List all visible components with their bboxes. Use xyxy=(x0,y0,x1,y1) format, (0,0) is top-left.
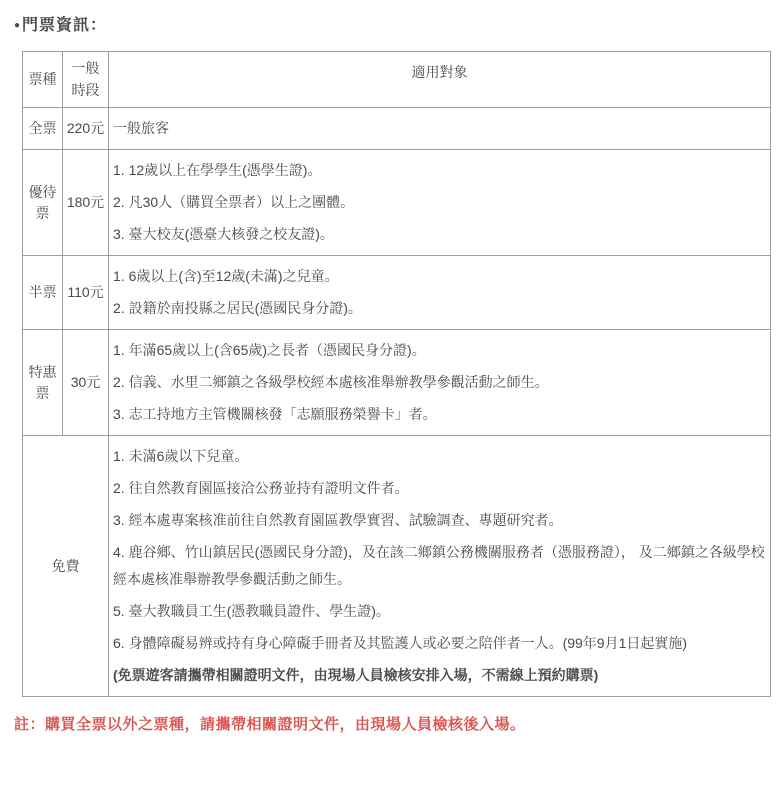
ticket-type-cell: 特惠票 xyxy=(23,330,63,436)
ticket-target-item: 4. 鹿谷鄉、竹山鎮居民(憑國民身分證)，及在該二鄉鎮公務機關服務者（憑服務證）… xyxy=(113,539,766,593)
free-ticket-bold-note: (免票遊客請攜帶相關證明文件，由現場人員檢核安排入場，不需線上預約購票) xyxy=(113,662,766,689)
bullet-icon: ● xyxy=(14,20,21,31)
column-header-target: 適用對象 xyxy=(109,52,771,108)
ticket-price-cell: 30元 xyxy=(63,330,109,436)
ticket-target-cell: 1. 6歲以上(含)至12歲(未滿)之兒童。2. 設籍於南投縣之居民(憑國民身分… xyxy=(109,256,771,330)
ticket-price-cell: 180元 xyxy=(63,150,109,256)
ticket-row: 特惠票30元1. 年滿65歲以上(含65歲)之長者（憑國民身分證)。2. 信義、… xyxy=(23,330,771,436)
ticket-target-cell: 1. 12歲以上在學學生(憑學生證)。2. 凡30人（購買全票者）以上之團體。3… xyxy=(109,150,771,256)
ticket-price-cell: 110元 xyxy=(63,256,109,330)
ticket-type-cell: 免費 xyxy=(23,436,109,697)
ticket-target-item: 2. 設籍於南投縣之居民(憑國民身分證)。 xyxy=(113,295,766,322)
page-title-text: 門票資訊： xyxy=(22,17,107,34)
ticket-target-item: 1. 未滿6歲以下兒童。 xyxy=(113,443,766,470)
footer-note: 註：購買全票以外之票種，請攜帶相關證明文件，由現場人員檢核後入場。 xyxy=(14,713,770,734)
page-title: ●門票資訊： xyxy=(14,12,770,35)
ticket-row: 半票110元1. 6歲以上(含)至12歲(未滿)之兒童。2. 設籍於南投縣之居民… xyxy=(23,256,771,330)
table-header-row: 票種 一般時段 適用對象 xyxy=(23,52,771,108)
ticket-info-page: ●門票資訊： 票種 一般時段 適用對象 全票220元一般旅客優待票180元1. … xyxy=(0,0,784,754)
table-body: 全票220元一般旅客優待票180元1. 12歲以上在學學生(憑學生證)。2. 凡… xyxy=(23,108,771,697)
ticket-row: 優待票180元1. 12歲以上在學學生(憑學生證)。2. 凡30人（購買全票者）… xyxy=(23,150,771,256)
ticket-target-cell: 1. 未滿6歲以下兒童。2. 往自然教育園區接洽公務並持有證明文件者。3. 經本… xyxy=(109,436,771,697)
ticket-target-item: 2. 往自然教育園區接洽公務並持有證明文件者。 xyxy=(113,475,766,502)
ticket-target-item: 1. 6歲以上(含)至12歲(未滿)之兒童。 xyxy=(113,263,766,290)
column-header-time-period: 一般時段 xyxy=(63,52,109,108)
ticket-row: 免費1. 未滿6歲以下兒童。2. 往自然教育園區接洽公務並持有證明文件者。3. … xyxy=(23,436,771,697)
ticket-target-item: 5. 臺大教職員工生(憑教職員證件、學生證)。 xyxy=(113,598,766,625)
ticket-target-item: 一般旅客 xyxy=(113,115,766,142)
ticket-type-cell: 優待票 xyxy=(23,150,63,256)
ticket-target-item: 3. 臺大校友(憑臺大核發之校友證)。 xyxy=(113,221,766,248)
ticket-target-item: 6. 身體障礙易辨或持有身心障礙手冊者及其監護人或必要之陪伴者一人。(99年9月… xyxy=(113,630,766,657)
ticket-type-cell: 全票 xyxy=(23,108,63,150)
ticket-target-item: 3. 經本處專案核准前往自然教育園區教學實習、試驗調查、專題研究者。 xyxy=(113,507,766,534)
ticket-target-item: 2. 信義、水里二鄉鎮之各級學校經本處核准舉辦教學參觀活動之師生。 xyxy=(113,369,766,396)
ticket-target-item: 3. 志工持地方主管機關核發「志願服務榮譽卡」者。 xyxy=(113,401,766,428)
ticket-target-cell: 1. 年滿65歲以上(含65歲)之長者（憑國民身分證)。2. 信義、水里二鄉鎮之… xyxy=(109,330,771,436)
ticket-target-cell: 一般旅客 xyxy=(109,108,771,150)
ticket-target-item: 2. 凡30人（購買全票者）以上之團體。 xyxy=(113,189,766,216)
ticket-price-table: 票種 一般時段 適用對象 全票220元一般旅客優待票180元1. 12歲以上在學… xyxy=(22,51,771,697)
ticket-target-item: 1. 12歲以上在學學生(憑學生證)。 xyxy=(113,157,766,184)
ticket-row: 全票220元一般旅客 xyxy=(23,108,771,150)
ticket-target-item: 1. 年滿65歲以上(含65歲)之長者（憑國民身分證)。 xyxy=(113,337,766,364)
ticket-type-cell: 半票 xyxy=(23,256,63,330)
ticket-price-cell: 220元 xyxy=(63,108,109,150)
column-header-ticket-type: 票種 xyxy=(23,52,63,108)
